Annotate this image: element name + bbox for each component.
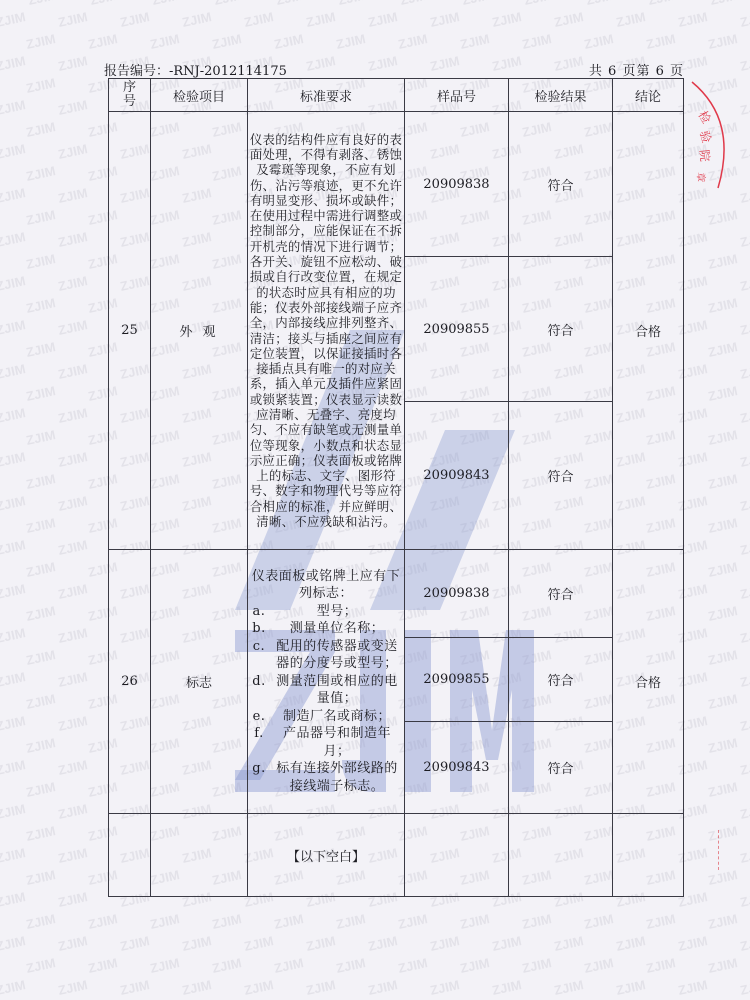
- sample-result: 符合: [509, 722, 613, 814]
- list-text: 产品器号和制造年月；: [270, 725, 404, 760]
- blank-note: 【以下空白】: [248, 814, 405, 897]
- requirement-list-item: f.产品器号和制造年月；: [248, 725, 404, 760]
- row-requirement: 仪表的结构件应有良好的表面处理，不得有剥落、锈蚀及霉斑等现象，不应有划伤、沾污等…: [248, 112, 405, 550]
- list-text: 测量单位名称；: [270, 620, 404, 638]
- requirement-list-item: e.制造厂名或商标；: [248, 708, 404, 726]
- sample-no: 20909843: [405, 722, 509, 814]
- list-marker: d.: [248, 673, 270, 708]
- table-row: 25 外 观 仪表的结构件应有良好的表面处理，不得有剥落、锈蚀及霉斑等现象，不应…: [109, 112, 684, 257]
- blank-cell: [405, 814, 509, 897]
- sample-result: 符合: [509, 257, 613, 402]
- svg-text:验: 验: [697, 129, 714, 144]
- blank-row: 【以下空白】: [109, 814, 684, 897]
- requirement-list-item: a.型号；: [248, 603, 404, 621]
- column-header-conclusion: 结论: [613, 79, 684, 112]
- sample-result: 符合: [509, 112, 613, 257]
- report-header: 报告编号：-RNJ-2012114175 共 6 页第 6 页: [104, 60, 684, 78]
- requirement-list-item: b.测量单位名称；: [248, 620, 404, 638]
- column-header-result: 检验结果: [509, 79, 613, 112]
- sample-no: 20909843: [405, 402, 509, 550]
- requirement-intro: 仪表面板或铭牌上应有下列标志：: [248, 568, 404, 603]
- list-text: 标有连接外部线路的接线端子标志。: [270, 760, 404, 795]
- list-text: 测量范围或相应的电量值；: [270, 673, 404, 708]
- list-marker: e.: [248, 708, 270, 726]
- blank-cell: [509, 814, 613, 897]
- blank-cell: [109, 814, 151, 897]
- list-marker: b.: [248, 620, 270, 638]
- requirement-list: a.型号；b.测量单位名称；c.配用的传感器或变送器的分度号或型号；d.测量范围…: [248, 603, 404, 796]
- page-info: 共 6 页第 6 页: [589, 60, 684, 79]
- inspection-table: 序号 检验项目 标准要求 样品号 检验结果 结论 25 外 观 仪表的结构件应有…: [108, 78, 684, 897]
- sample-no: 20909855: [405, 638, 509, 722]
- sample-no: 20909838: [405, 112, 509, 257]
- row-conclusion: 合格: [613, 112, 684, 550]
- sample-result: 符合: [509, 638, 613, 722]
- svg-text:院: 院: [697, 149, 712, 162]
- column-header-item: 检验项目: [151, 79, 248, 112]
- column-header-requirement: 标准要求: [248, 79, 405, 112]
- row-item: 外 观: [151, 112, 248, 550]
- row-conclusion: 合格: [613, 550, 684, 814]
- sample-result: 符合: [509, 550, 613, 638]
- row-seq: 25: [109, 112, 151, 550]
- sample-no: 20909838: [405, 550, 509, 638]
- requirement-list-item: g.标有连接外部线路的接线端子标志。: [248, 760, 404, 795]
- row-item: 标志: [151, 550, 248, 814]
- report-number: 报告编号：-RNJ-2012114175: [104, 60, 287, 79]
- sample-result: 符合: [509, 402, 613, 550]
- list-text: 配用的传感器或变送器的分度号或型号；: [270, 638, 404, 673]
- column-header-sample: 样品号: [405, 79, 509, 112]
- sample-no: 20909855: [405, 257, 509, 402]
- list-marker: c.: [248, 638, 270, 673]
- list-marker: a.: [248, 603, 270, 621]
- red-mark: [718, 830, 723, 870]
- row-requirement: 仪表面板或铭牌上应有下列标志： a.型号；b.测量单位名称；c.配用的传感器或变…: [248, 550, 405, 814]
- requirement-list-item: c.配用的传感器或变送器的分度号或型号；: [248, 638, 404, 673]
- column-header-seq: 序号: [109, 79, 151, 112]
- blank-cell: [613, 814, 684, 897]
- list-text: 型号；: [270, 603, 404, 621]
- requirement-list-item: d.测量范围或相应的电量值；: [248, 673, 404, 708]
- table-header-row: 序号 检验项目 标准要求 样品号 检验结果 结论: [109, 79, 684, 112]
- svg-text:检: 检: [695, 108, 714, 126]
- row-seq: 26: [109, 550, 151, 814]
- table-row: 26 标志 仪表面板或铭牌上应有下列标志： a.型号；b.测量单位名称；c.配用…: [109, 550, 684, 638]
- svg-text:章: 章: [694, 172, 708, 183]
- list-marker: f.: [248, 725, 270, 760]
- red-seal-stamp: 检 验 院 章: [690, 80, 750, 190]
- list-text: 制造厂名或商标；: [270, 708, 404, 726]
- list-marker: g.: [248, 760, 270, 795]
- blank-cell: [151, 814, 248, 897]
